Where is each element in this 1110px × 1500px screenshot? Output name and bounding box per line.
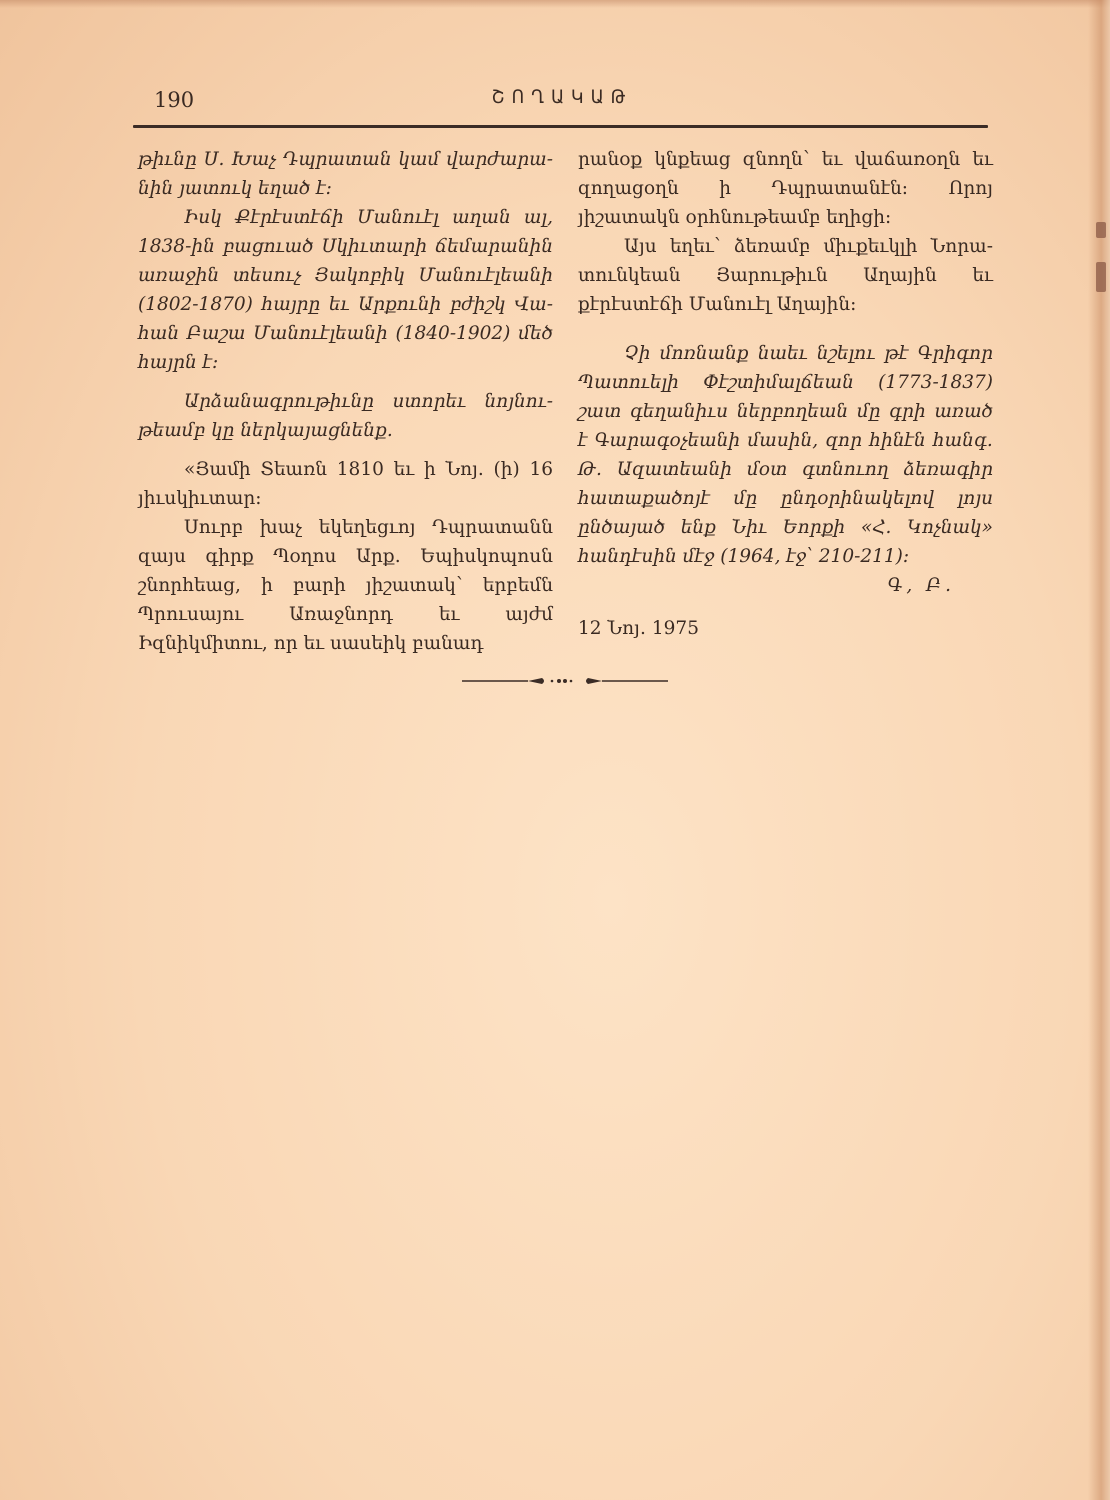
quoted-inscription: Այս եղեւ՝ ձեռամբ միւքեւկլի Նորա­տունկեան… xyxy=(578,232,993,319)
running-title: ՇՈՂԱԿԱԹ xyxy=(137,86,987,108)
quoted-inscription: Սուրբ խաչ եկեղեցւոյ Դպրատանն զայս գիրք Պ… xyxy=(138,513,553,658)
paragraph: թիւնը Ս․ Խաչ Դպրատան կամ վարժարա­նին յատ… xyxy=(138,145,553,203)
page-top-edge xyxy=(0,0,1110,8)
paragraph: Իսկ Քէրէստէճի Մանուէլ աղան ալ, 1838-ին բ… xyxy=(138,203,553,377)
author-signature: Գ, Բ. xyxy=(578,571,993,600)
right-column: րանօք կնքեաց զնողն՝ եւ վաճառօղն եւ զո­ղա… xyxy=(578,145,993,643)
section-end-ornament xyxy=(460,675,670,687)
page-tab-mark xyxy=(1096,222,1106,238)
page-tab-mark xyxy=(1096,262,1106,292)
left-column: թիւնը Ս․ Խաչ Դպրատան կամ վարժարա­նին յատ… xyxy=(138,145,553,658)
page-header: 190 ՇՈՂԱԿԱԹ xyxy=(137,84,987,114)
quoted-inscription: րանօք կնքեաց զնողն՝ եւ վաճառօղն եւ զո­ղա… xyxy=(578,145,993,232)
paragraph: Չի մոռնանք նաեւ նշելու թէ Գրի­գոր Պատուե… xyxy=(578,339,993,571)
quoted-inscription: «Յամի Տեառն 1810 եւ ի Նոյ. (ի) 16 յիւսկի… xyxy=(138,455,553,513)
date-line: 12 Նոյ․ 1975 xyxy=(578,614,993,643)
header-rule xyxy=(133,125,988,128)
paragraph: Արձանագրութիւնը ստորեւ նոյնու­թեամբ կը ն… xyxy=(138,387,553,445)
